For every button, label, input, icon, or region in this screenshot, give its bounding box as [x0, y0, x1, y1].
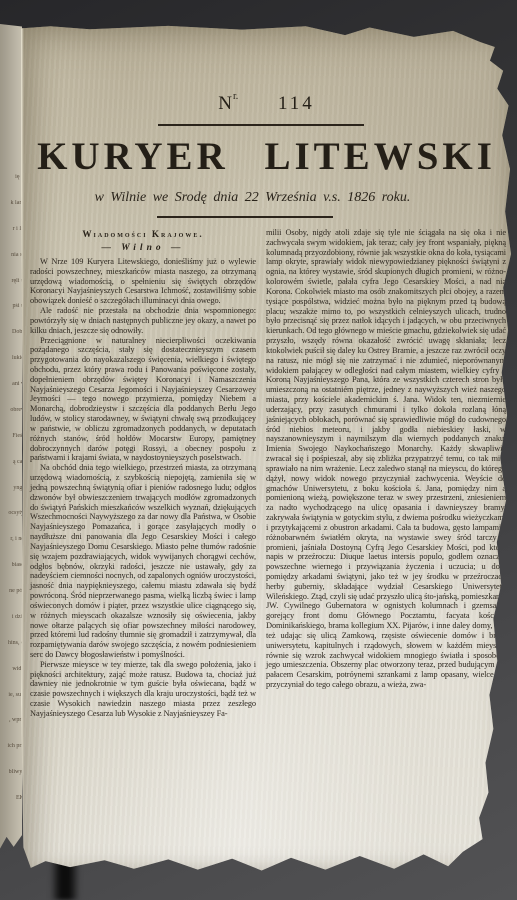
edge-text-fragment: ani v — [2, 381, 22, 388]
edge-text-fragment: obrev — [2, 407, 22, 414]
newspaper-title: KURYER LITEWSKI — [21, 137, 512, 176]
edge-text-fragment: ręli u — [2, 278, 22, 285]
edge-text-fragment: r i ln — [2, 226, 22, 233]
edge-text-fragment: Dobl — [2, 329, 22, 336]
edge-text-fragment: k lam — [2, 200, 22, 207]
body-columns: Wiadomości Krajowe. — Wilno — W Nrze 109… — [21, 228, 512, 800]
newspaper-page: Nr. 114 KURYER LITEWSKI w Wilnie we Srod… — [21, 25, 512, 873]
left-column-text: W Nrze 109 Kuryera Litewskiego, donieśli… — [30, 257, 256, 719]
masthead-rule-top — [158, 124, 364, 126]
edge-text-fragment: wide — [2, 666, 22, 673]
masthead: Nr. 114 KURYER LITEWSKI w Wilnie we Srod… — [21, 91, 512, 218]
edge-text-fragment: ocsyty — [2, 510, 22, 517]
body-paragraph: Pierwsze mieysce w tey mierze, tak dla s… — [30, 660, 256, 719]
edge-text-fragment: ie, suy — [2, 692, 22, 699]
issue-value: 114 — [278, 93, 315, 114]
right-column-text: milii Osoby, nigdy atoli zdaje się tyle … — [266, 228, 506, 690]
right-column: milii Osoby, nigdy atoli zdaje się tyle … — [266, 228, 506, 800]
edge-text-fragment: , wpra — [2, 717, 22, 724]
body-paragraph: Przeciągnione w naturalney niecierpliwoś… — [30, 336, 256, 464]
edge-text-fragment: i dził — [2, 614, 22, 621]
edge-text-fragment: hins, o — [2, 640, 22, 647]
edge-text-fragment: pśi u — [2, 303, 22, 310]
edge-text-fragment: biase — [2, 562, 22, 569]
body-paragraph: milii Osoby, nigdy atoli zdaje się tyle … — [266, 228, 506, 690]
edge-text-fragment: Fieśl — [2, 433, 22, 440]
edge-text-fragment: ię u — [2, 174, 22, 181]
edge-text-fragments: ię uk lamr i lnnia siręli upśi uDoblluki… — [0, 24, 22, 862]
body-paragraph: Na obchód dnia tego wielkiego, przestrze… — [30, 463, 256, 660]
edge-text-fragment: yngi — [2, 485, 22, 492]
issue-superscript: r. — [233, 91, 238, 102]
edge-text-fragment: EK — [2, 795, 22, 802]
edge-text-fragment: lukić — [2, 355, 22, 362]
masthead-rule-bottom — [157, 216, 333, 218]
issue-prefix: N — [218, 93, 233, 114]
scan-backdrop: ię uk lamr i lnnia siręli upśi uDoblluki… — [0, 0, 517, 900]
body-paragraph: Ale radość nie przestała na obchodzie dn… — [30, 306, 256, 335]
issue-number: Nr. 114 — [21, 91, 512, 115]
edge-text-fragment: bliwyj — [2, 769, 22, 776]
body-paragraph: W Nrze 109 Kuryera Litewskiego, donieśli… — [30, 257, 256, 306]
edge-text-fragment: ne pół — [2, 588, 22, 595]
underlying-page-edge: ię uk lamr i lnnia siręli upśi uDoblluki… — [0, 24, 22, 862]
section-heading: Wiadomości Krajowe. — [30, 229, 256, 240]
dateline: w Wilnie we Srodę dnia 22 Września v.s. … — [7, 190, 498, 206]
place-heading: — Wilno — — [30, 243, 256, 254]
edge-text-fragment: nia si — [2, 252, 22, 259]
edge-text-fragment: ą cal — [2, 459, 22, 466]
edge-text-fragment: ich prz — [2, 743, 22, 750]
edge-text-fragment: r, i ne — [2, 536, 22, 543]
left-column: Wiadomości Krajowe. — Wilno — W Nrze 109… — [30, 228, 256, 800]
